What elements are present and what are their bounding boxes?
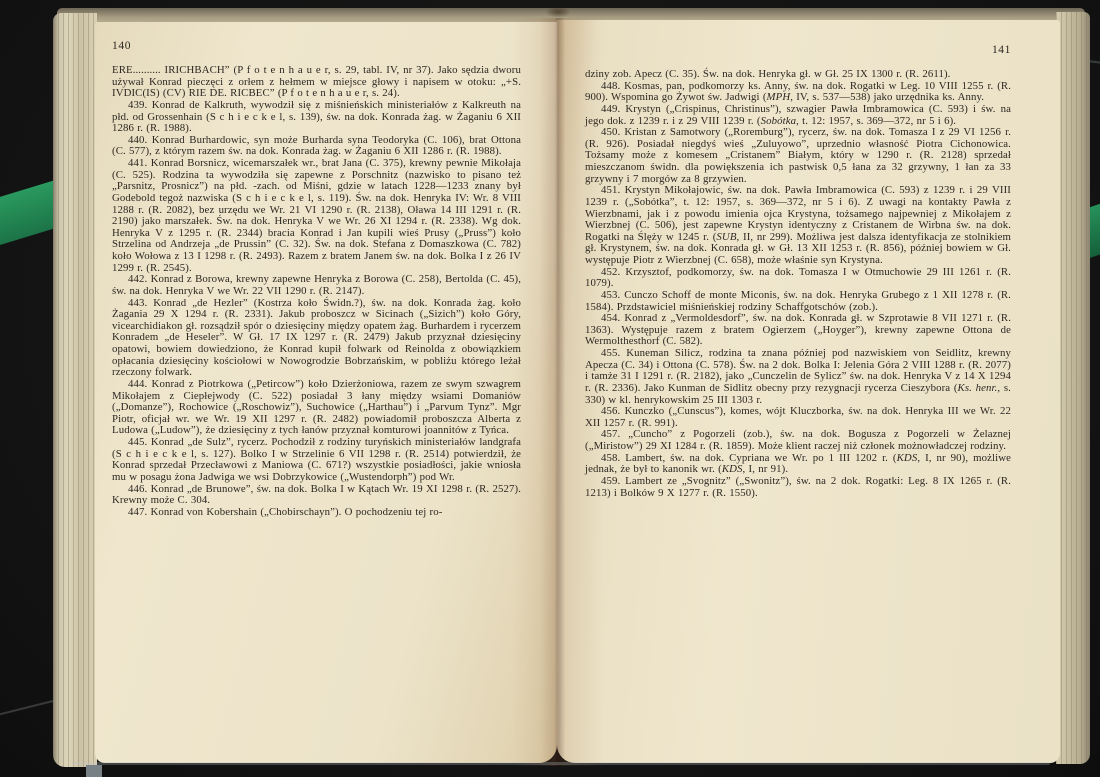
page-left-paragraphs: ERE.......... IRICHBACH” (P f o t e n h … <box>112 65 521 518</box>
body-paragraph: 451. Krystyn Mikołajowic, św. na dok. Pa… <box>585 185 1011 266</box>
body-paragraph: 445. Konrad „de Sulz”, rycerz. Pochodził… <box>112 437 521 484</box>
body-paragraph: ERE.......... IRICHBACH” (P f o t e n h … <box>112 65 521 100</box>
body-paragraph: 442. Konrad z Borowa, krewny zapewne Hen… <box>112 274 521 297</box>
right-page-edge-stack <box>1056 12 1090 764</box>
body-paragraph: 456. Kunczko („Cunscus”), komes, wójt Kl… <box>585 406 1011 429</box>
body-paragraph: 459. Lambert ze „Svognitz” („Swonitz”), … <box>585 476 1011 499</box>
page-number-right: 141 <box>585 44 1011 56</box>
book-bottom-edge-highlight <box>72 762 1050 765</box>
body-paragraph: 449. Krystyn („Crispinus, Christinus”), … <box>585 104 1011 127</box>
body-paragraph: 441. Konrad Borsnicz, wicemarszałek wr.,… <box>112 158 521 274</box>
page-right-paragraphs: dziny zob. Apecz (C. 35). Św. na dok. He… <box>585 69 1011 499</box>
book-photo-scene: 140 ERE.......... IRICHBACH” (P f o t e … <box>0 0 1100 777</box>
body-paragraph: 453. Cunczo Schoff de monte Miconis, św.… <box>585 290 1011 313</box>
left-page-edge-stack <box>53 13 97 767</box>
page-right-text-column: 141 dziny zob. Apecz (C. 35). Św. na dok… <box>585 44 1011 499</box>
body-paragraph: 443. Konrad „de Hezler” (Kostrza koło Św… <box>112 298 521 379</box>
body-paragraph: 439. Konrad de Kalkruth, wywodził się z … <box>112 100 521 135</box>
body-paragraph: 440. Konrad Burhardowic, syn może Burhar… <box>112 135 521 158</box>
body-paragraph: 448. Kosmas, pan, podkomorzy ks. Anny, ś… <box>585 81 1011 104</box>
body-paragraph: 452. Krzysztof, podkomorzy, św. na dok. … <box>585 267 1011 290</box>
body-paragraph: 454. Konrad z „Vermoldesdorf”, św. na do… <box>585 313 1011 348</box>
body-paragraph: 458. Lambert, św. na dok. Cypriana we Wr… <box>585 453 1011 476</box>
body-paragraph: 457. „Cuncho” z Pogorzeli (zob.), św. na… <box>585 429 1011 452</box>
page-number-left: 140 <box>112 40 521 52</box>
body-paragraph: 444. Konrad z Piotrkowa („Petircow”) koł… <box>112 379 521 437</box>
body-paragraph: 450. Kristan z Samotwory („Roremburg”), … <box>585 127 1011 185</box>
table-edge-fragment <box>86 765 102 777</box>
body-paragraph: 446. Konrad „de Brunowe”, św. na dok. Bo… <box>112 484 521 507</box>
body-paragraph: dziny zob. Apecz (C. 35). Św. na dok. He… <box>585 69 1011 81</box>
body-paragraph: 447. Konrad von Kobershain („Chobirschay… <box>112 507 521 519</box>
body-paragraph: 455. Kuneman Silicz, rodzina ta znana pó… <box>585 348 1011 406</box>
book-top-gutter-dip <box>545 6 571 18</box>
open-book: 140 ERE.......... IRICHBACH” (P f o t e … <box>0 0 1100 777</box>
page-left-text-column: 140 ERE.......... IRICHBACH” (P f o t e … <box>112 40 521 518</box>
